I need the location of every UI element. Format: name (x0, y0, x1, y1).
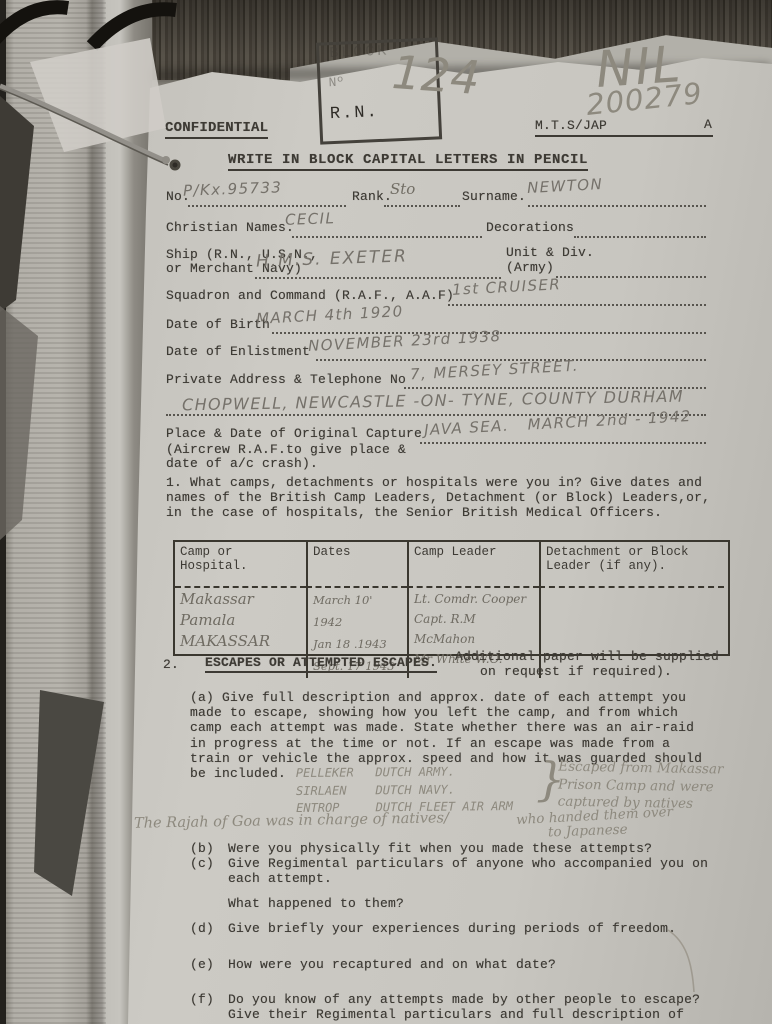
block-capitals-instruction: WRITE IN BLOCK CAPITAL LETTERS IN PENCIL (228, 152, 588, 171)
item-b-letter: (b) (190, 841, 214, 856)
dotted-leader (574, 234, 706, 238)
camps-table: Camp or Hospital. Dates Camp Leader Deta… (173, 540, 730, 656)
what-happened-text: What happened to them? (228, 896, 404, 911)
dotted-leader (384, 203, 460, 207)
decorations-label: Decorations (486, 220, 574, 235)
dotted-leader (255, 275, 501, 279)
dotted-leader (188, 203, 346, 207)
item-c-letter: (c) (190, 856, 214, 871)
capture-label: Place & Date of Original Capture (166, 426, 422, 441)
item-d-letter: (d) (190, 921, 214, 936)
rank-entry: Sto (390, 180, 415, 198)
reference-underline (535, 135, 713, 137)
item-e-letter: (e) (190, 957, 214, 972)
squadron-label: Squadron and Command (R.A.F., A.A.F) (166, 288, 454, 303)
question-1-text: 1. What camps, detachments or hospitals … (166, 475, 710, 521)
table-header-detachment: Detachment or Block Leader (if any). (539, 542, 724, 588)
section2-note-line2: on request if required). (480, 664, 672, 679)
unit-div-label-line1: Unit & Div. (506, 245, 594, 260)
item-f-letter: (f) (190, 992, 214, 1007)
christian-names-entry: CECIL (285, 209, 336, 229)
dotted-leader (292, 234, 482, 238)
dotted-leader (448, 302, 706, 306)
item-b-text: Were you physically fit when you made th… (228, 841, 652, 856)
service-number-entry: P/Kx.95733 (183, 178, 283, 199)
reference-label: M.T.S/JAP (535, 118, 607, 133)
handwritten-number-124: 124 (390, 45, 481, 105)
dotted-leader (528, 203, 706, 207)
item-d-text: Give briefly your experiences during per… (228, 921, 676, 936)
capture-note-line1: (Aircrew R.A.F.to give place & (166, 442, 406, 457)
stamp-word-block: BLOCK (329, 43, 390, 63)
table-header-dates: Dates (306, 542, 407, 588)
table-header-camp: Camp or Hospital. (175, 542, 306, 588)
stamp-word-rn: R.N. (330, 103, 380, 124)
photographed-document: BLOCK Nº R.N. 124 NIL 200279 CONFIDENTIA… (0, 0, 772, 1024)
date-of-enlistment-label: Date of Enlistment (166, 344, 310, 359)
item-e-text: How were you recaptured and on what date… (228, 957, 556, 972)
table-header-leader: Camp Leader (407, 542, 539, 588)
corner-letter: A (704, 117, 712, 132)
christian-names-label: Christian Names. (166, 220, 294, 235)
date-of-birth-label: Date of Birth (166, 317, 270, 332)
pencil-escapers-names: PELLEKER DUTCH ARMY. SIRLAEN DUTCH NAVY.… (296, 763, 513, 817)
section2-note-line1: Additional paper will be supplied (455, 649, 719, 664)
rank-label: Rank. (352, 189, 392, 204)
dotted-leader (556, 274, 706, 278)
unit-div-label-line2: (Army) (506, 260, 554, 275)
private-address-label: Private Address & Telephone No (166, 372, 406, 387)
section2-number: 2. (163, 657, 179, 672)
surname-label: Surname. (462, 189, 526, 204)
stamp-word-no: Nº (328, 75, 344, 91)
binding-fabric-texture (6, 0, 106, 1024)
capture-note-line2: date of a/c crash). (166, 456, 318, 471)
item-c-text: Give Regimental particulars of anyone wh… (228, 856, 708, 886)
classification-label: CONFIDENTIAL (165, 120, 268, 139)
section2-title: ESCAPES OR ATTEMPTED ESCAPES. (205, 655, 437, 673)
pencil-note-end: to Japanese (548, 822, 628, 841)
dotted-leader (420, 440, 706, 444)
item-f-text: Do you know of any attempts made by othe… (228, 992, 700, 1022)
